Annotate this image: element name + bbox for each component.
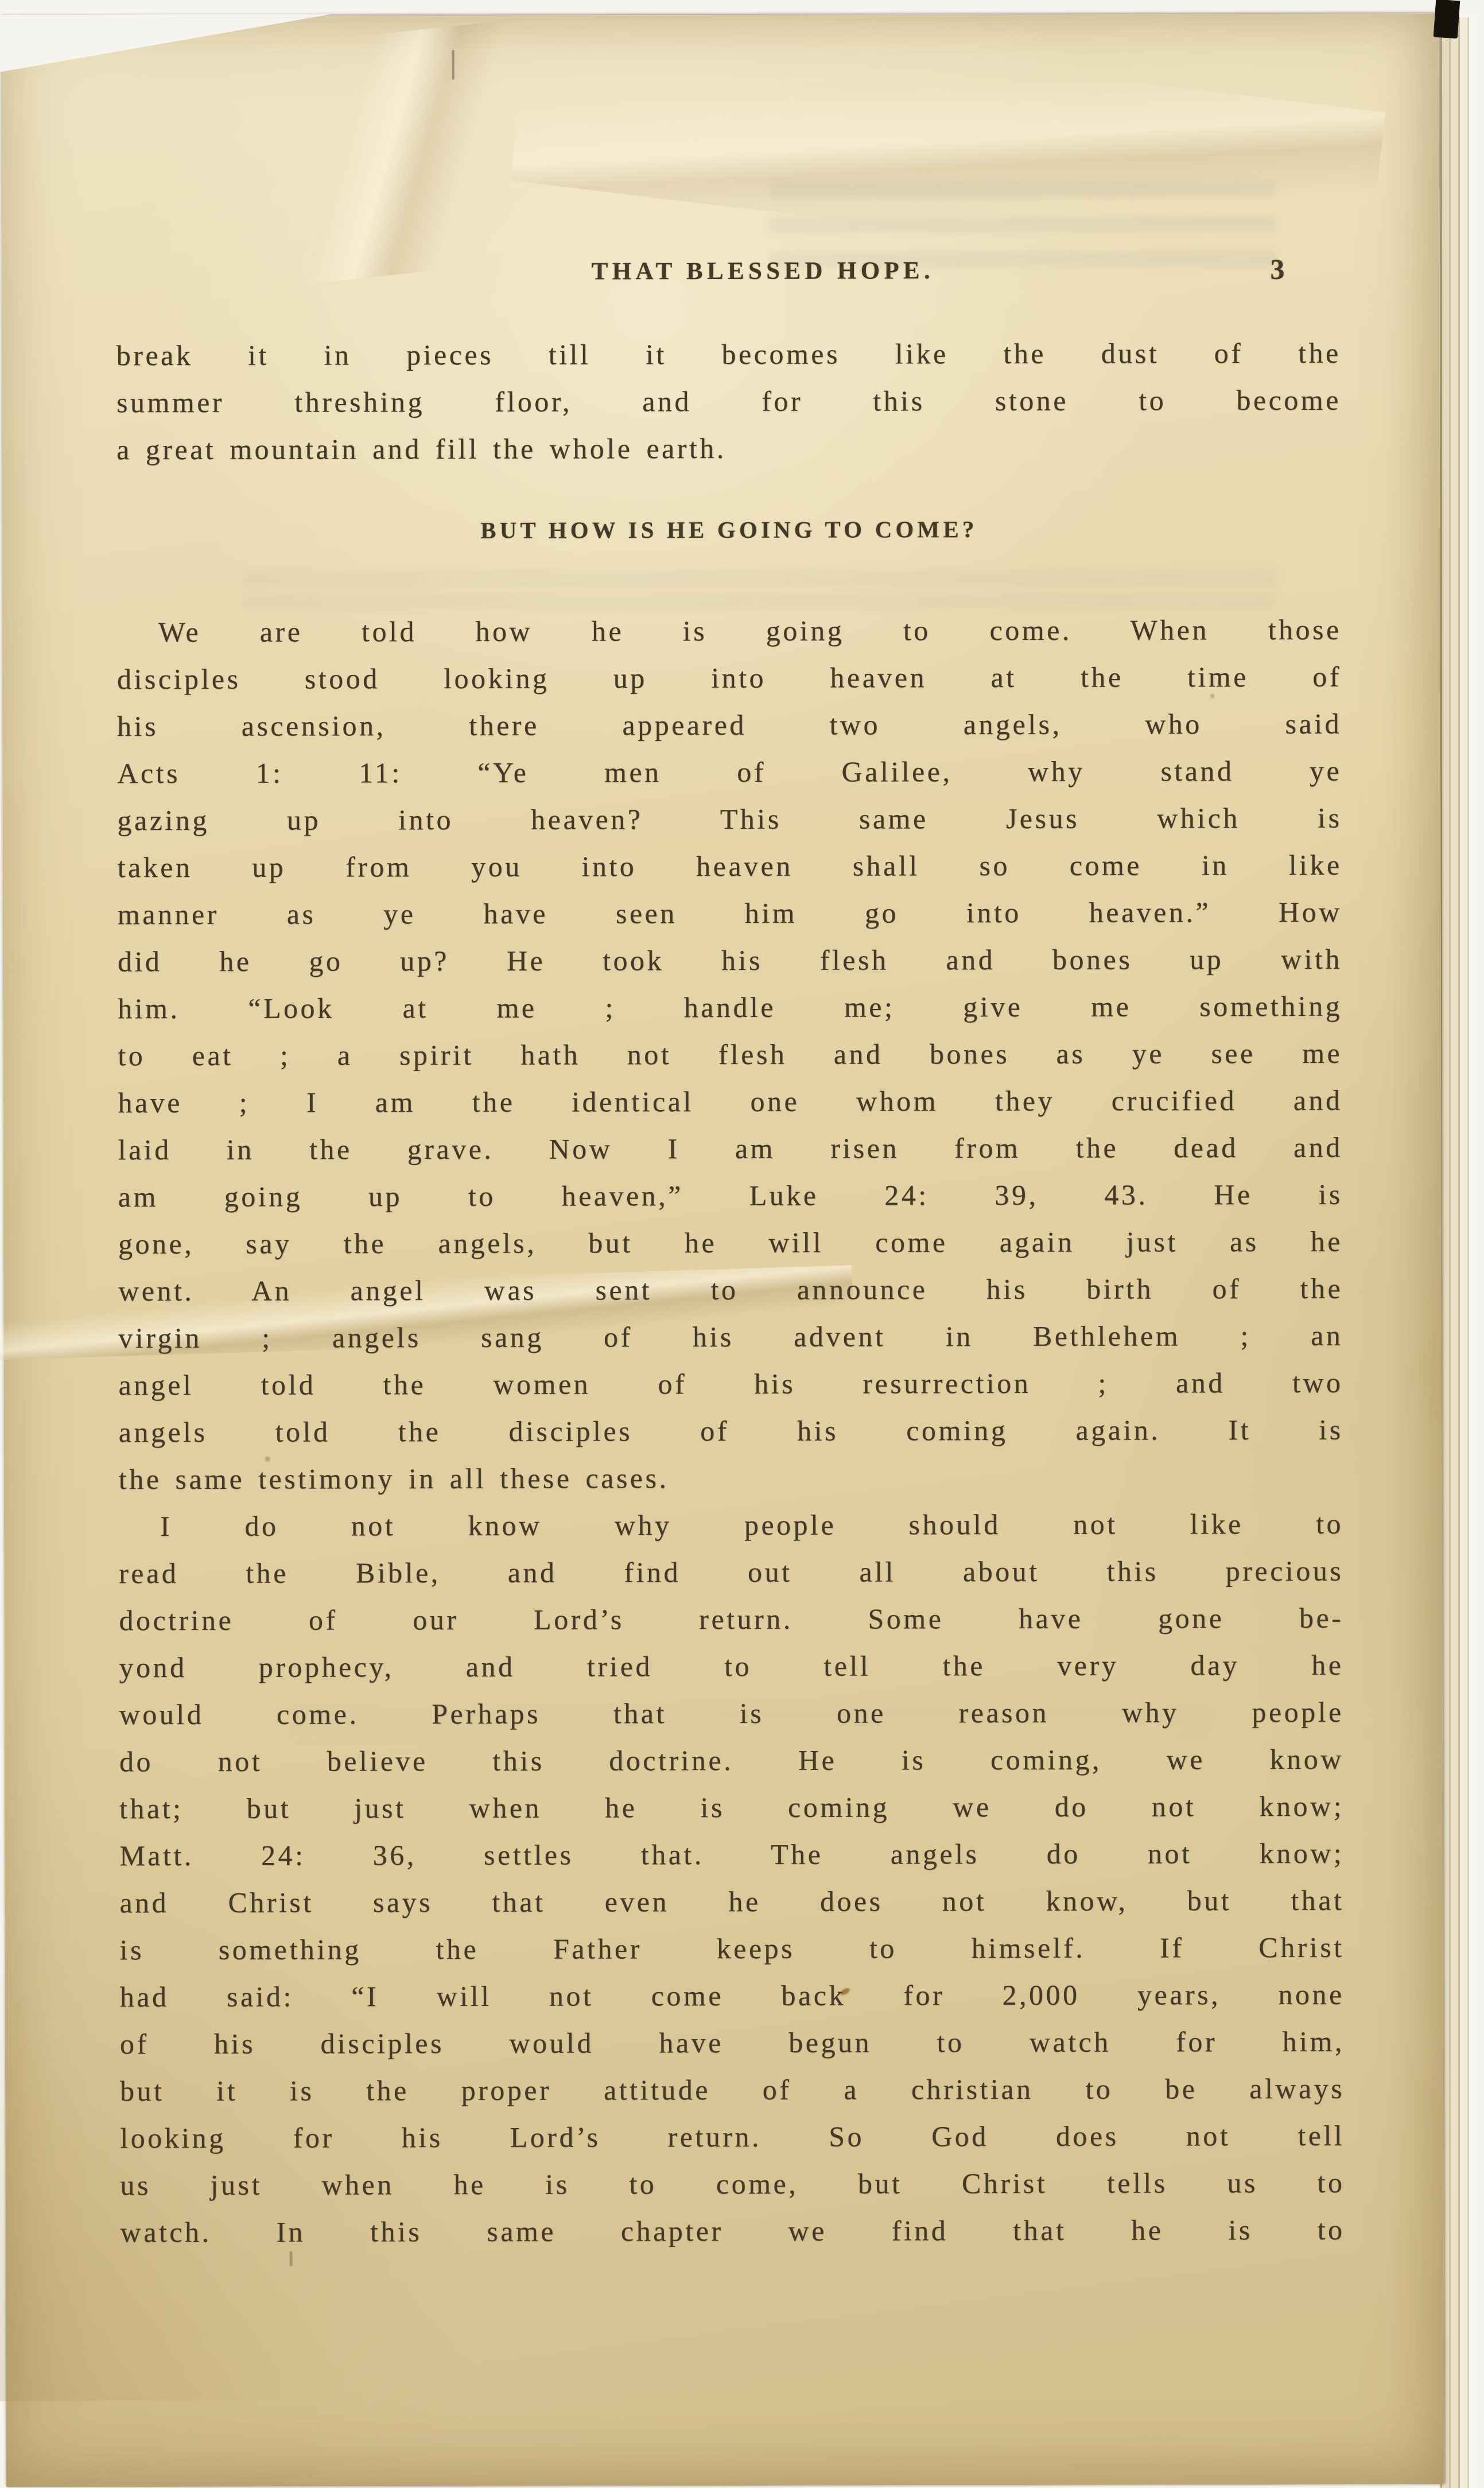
- text-line: Acts 1: 11: “Ye men of Galilee, why stan…: [117, 747, 1342, 797]
- text-line: but it is the proper attitude of a chris…: [120, 2065, 1345, 2114]
- running-title: THAT BLESSED HOPE.: [592, 257, 934, 285]
- text-line: of his disciples would have begun to wat…: [120, 2018, 1345, 2067]
- text-line: the same testimony in all these cases.: [119, 1453, 1343, 1503]
- text-line: did he go up? He took his flesh and bone…: [118, 936, 1342, 985]
- text-line: him. “Look at me ; handle me; give me so…: [118, 983, 1342, 1032]
- text-line: disciples stood looking up into heaven a…: [117, 653, 1342, 702]
- text-line: read the Bible, and find out all about t…: [119, 1547, 1343, 1597]
- paragraph-how-he-comes: We are told how he is going to come. Whe…: [117, 606, 1343, 1503]
- text-line: manner as ye have seen him go into heave…: [118, 888, 1342, 938]
- paragraph-read-the-bible: I do not know why people should not like…: [119, 1500, 1345, 2256]
- text-line: that; but just when he is coming we do n…: [119, 1783, 1344, 1832]
- text-line: yond prophecy, and tried to tell the ver…: [119, 1641, 1343, 1691]
- page-number: 3: [1270, 253, 1284, 286]
- section-heading: BUT HOW IS HE GOING TO COME?: [116, 511, 1341, 549]
- text-line: a great mountain and fill the whole eart…: [116, 424, 1341, 473]
- text-line: doctrine of our Lord’s return. Some have…: [119, 1594, 1343, 1644]
- text-line: watch. In this same chapter we find that…: [120, 2206, 1345, 2256]
- text-line: laid in the grave. Now I am risen from t…: [118, 1124, 1343, 1173]
- text-line: went. An angel was sent to announce his …: [118, 1265, 1343, 1314]
- running-header: THAT BLESSED HOPE. 3: [116, 256, 1341, 286]
- text-line: angel told the women of his resurrection…: [118, 1359, 1343, 1408]
- text-line: and Christ says that even he does not kn…: [119, 1877, 1344, 1926]
- text-line: summer threshing floor, and for this sto…: [116, 377, 1341, 426]
- text-line: virgin ; angels sang of his advent in Be…: [118, 1312, 1343, 1361]
- scanned-book-page: THAT BLESSED HOPE. 3 break it in pieces …: [0, 0, 1484, 2488]
- text-line: am going up to heaven,” Luke 24: 39, 43.…: [118, 1171, 1343, 1220]
- text-line: had said: “I will not come back for 2,00…: [120, 1971, 1345, 2020]
- text-line: gazing up into heaven? This same Jesus w…: [117, 794, 1342, 844]
- text-line: would come. Perhaps that is one reason w…: [119, 1689, 1344, 1738]
- text-line: taken up from you into heaven shall so c…: [118, 841, 1342, 891]
- text-line: have ; I am the identical one whom they …: [118, 1077, 1342, 1126]
- text-line: looking for his Lord’s return. So God do…: [120, 2112, 1345, 2161]
- paragraph-continuation: break it in pieces till it becomes like …: [116, 329, 1342, 473]
- text-line: break it in pieces till it becomes like …: [116, 329, 1341, 379]
- text-line: angels told the disciples of his coming …: [119, 1406, 1343, 1455]
- ink-showthrough: [770, 169, 1275, 267]
- text-line: his ascension, there appeared two angels…: [117, 700, 1342, 750]
- text-line: is something the Father keeps to himself…: [119, 1924, 1344, 1973]
- text-line: gone, say the angels, but he will come a…: [118, 1218, 1343, 1267]
- top-left-corner-fold: [0, 14, 332, 72]
- stacked-page-edges: [1440, 17, 1478, 2488]
- text-line: We are told how he is going to come. Whe…: [117, 606, 1342, 655]
- book-page: THAT BLESSED HOPE. 3 break it in pieces …: [1, 13, 1444, 2487]
- text-line: do not believe this doctrine. He is comi…: [119, 1736, 1344, 1785]
- text-line: I do not know why people should not like…: [119, 1500, 1343, 1550]
- text-line: us just when he is to come, but Christ t…: [120, 2159, 1345, 2208]
- paper-crease: [510, 9, 1385, 284]
- text-line: to eat ; a spirit hath not flesh and bon…: [118, 1030, 1342, 1079]
- text-block: THAT BLESSED HOPE. 3 break it in pieces …: [116, 329, 1345, 2256]
- scanner-black-mark: [1434, 0, 1460, 38]
- text-line: Matt. 24: 36, settles that. The angels d…: [119, 1830, 1344, 1879]
- paper-fiber: [452, 50, 454, 80]
